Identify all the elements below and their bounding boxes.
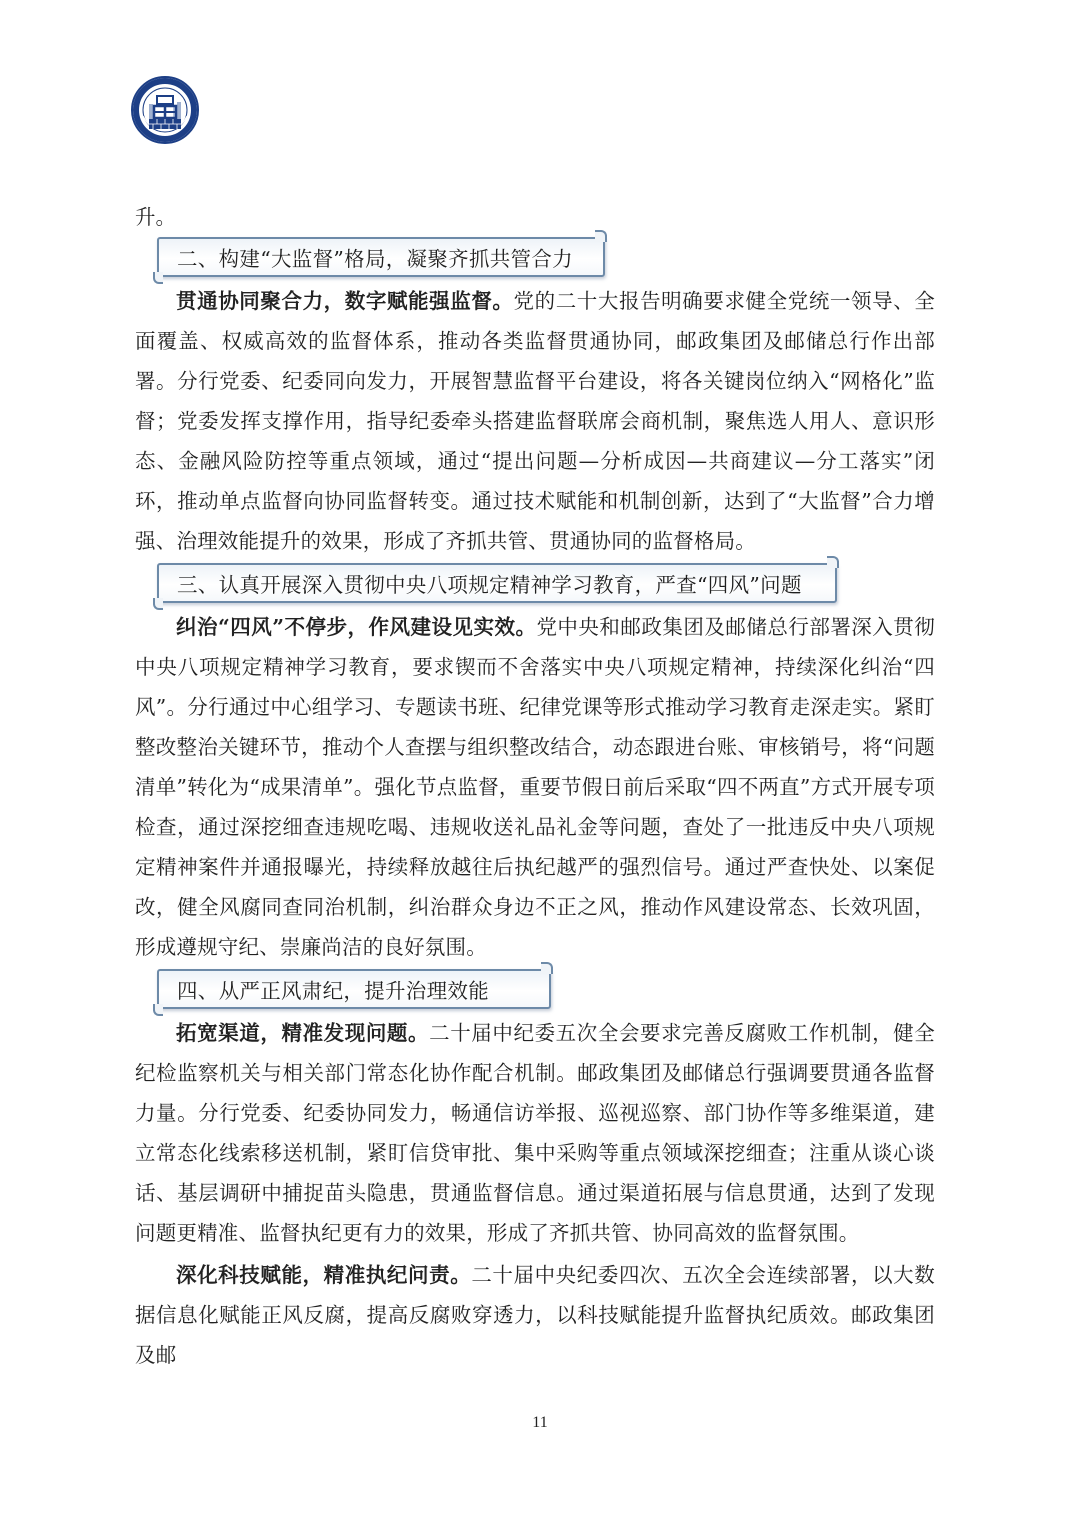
document-body: 升。 二、构建“大监督”格局，凝聚齐抓共管合力 贯通协同聚合力，数字赋能强监督。… xyxy=(135,197,935,1375)
paragraph: 纠治“四风”不停步，作风建设见实效。党中央和邮政集团及邮储总行部署深入贯彻中央八… xyxy=(135,607,935,967)
paragraph: 深化科技赋能，精准执纪问责。二十届中央纪委四次、五次全会连续部署，以大数据信息化… xyxy=(135,1255,935,1375)
paragraph-body: 党中央和邮政集团及邮储总行部署深入贯彻中央八项规定精神学习教育，要求锲而不舍落实… xyxy=(135,615,935,959)
paragraph-body: 党的二十大报告明确要求健全党统一领导、全面覆盖、权威高效的监督体系，推动各类监督… xyxy=(135,289,935,553)
heading-banner: 二、构建“大监督”格局，凝聚齐抓共管合力 xyxy=(157,237,605,277)
paragraph: 拓宽渠道，精准发现问题。二十届中纪委五次全会要求完善反腐败工作机制，健全纪检监察… xyxy=(135,1013,935,1253)
page-number: 11 xyxy=(0,1414,1080,1432)
section-heading-4: 四、从严正风肃纪，提升治理效能 xyxy=(157,969,935,1013)
scroll-curl-decoration xyxy=(153,1004,163,1016)
section-heading-2: 二、构建“大监督”格局，凝聚齐抓共管合力 xyxy=(157,237,935,281)
scroll-curl-decoration xyxy=(153,598,163,610)
paragraph-body: 二十届中纪委五次全会要求完善反腐败工作机制，健全纪检监察机关与相关部门常态化协作… xyxy=(135,1021,935,1245)
institution-seal-logo xyxy=(131,76,199,144)
scroll-curl-decoration xyxy=(153,272,163,284)
scroll-curl-decoration xyxy=(827,556,839,568)
paragraph-lead: 贯通协同聚合力，数字赋能强监督。 xyxy=(176,289,514,313)
heading-banner: 四、从严正风肃纪，提升治理效能 xyxy=(157,969,551,1009)
heading-banner: 三、认真开展深入贯彻中央八项规定精神学习教育，严查“四风”问题 xyxy=(157,563,837,603)
paragraph-lead: 深化科技赋能，精准执纪问责。 xyxy=(176,1263,471,1287)
scroll-curl-decoration xyxy=(541,962,553,974)
heading-text: 四、从严正风肃纪，提升治理效能 xyxy=(177,974,489,1004)
section-heading-3: 三、认真开展深入贯彻中央八项规定精神学习教育，严查“四风”问题 xyxy=(157,563,935,607)
paragraph-lead: 纠治“四风”不停步，作风建设见实效。 xyxy=(176,615,536,639)
paragraph: 贯通协同聚合力，数字赋能强监督。党的二十大报告明确要求健全党统一领导、全面覆盖、… xyxy=(135,281,935,561)
scroll-curl-decoration xyxy=(595,230,607,242)
carryover-text: 升。 xyxy=(135,197,935,237)
heading-text: 二、构建“大监督”格局，凝聚齐抓共管合力 xyxy=(177,242,573,272)
paragraph-lead: 拓宽渠道，精准发现问题。 xyxy=(176,1021,429,1045)
heading-text: 三、认真开展深入贯彻中央八项规定精神学习教育，严查“四风”问题 xyxy=(177,568,802,598)
